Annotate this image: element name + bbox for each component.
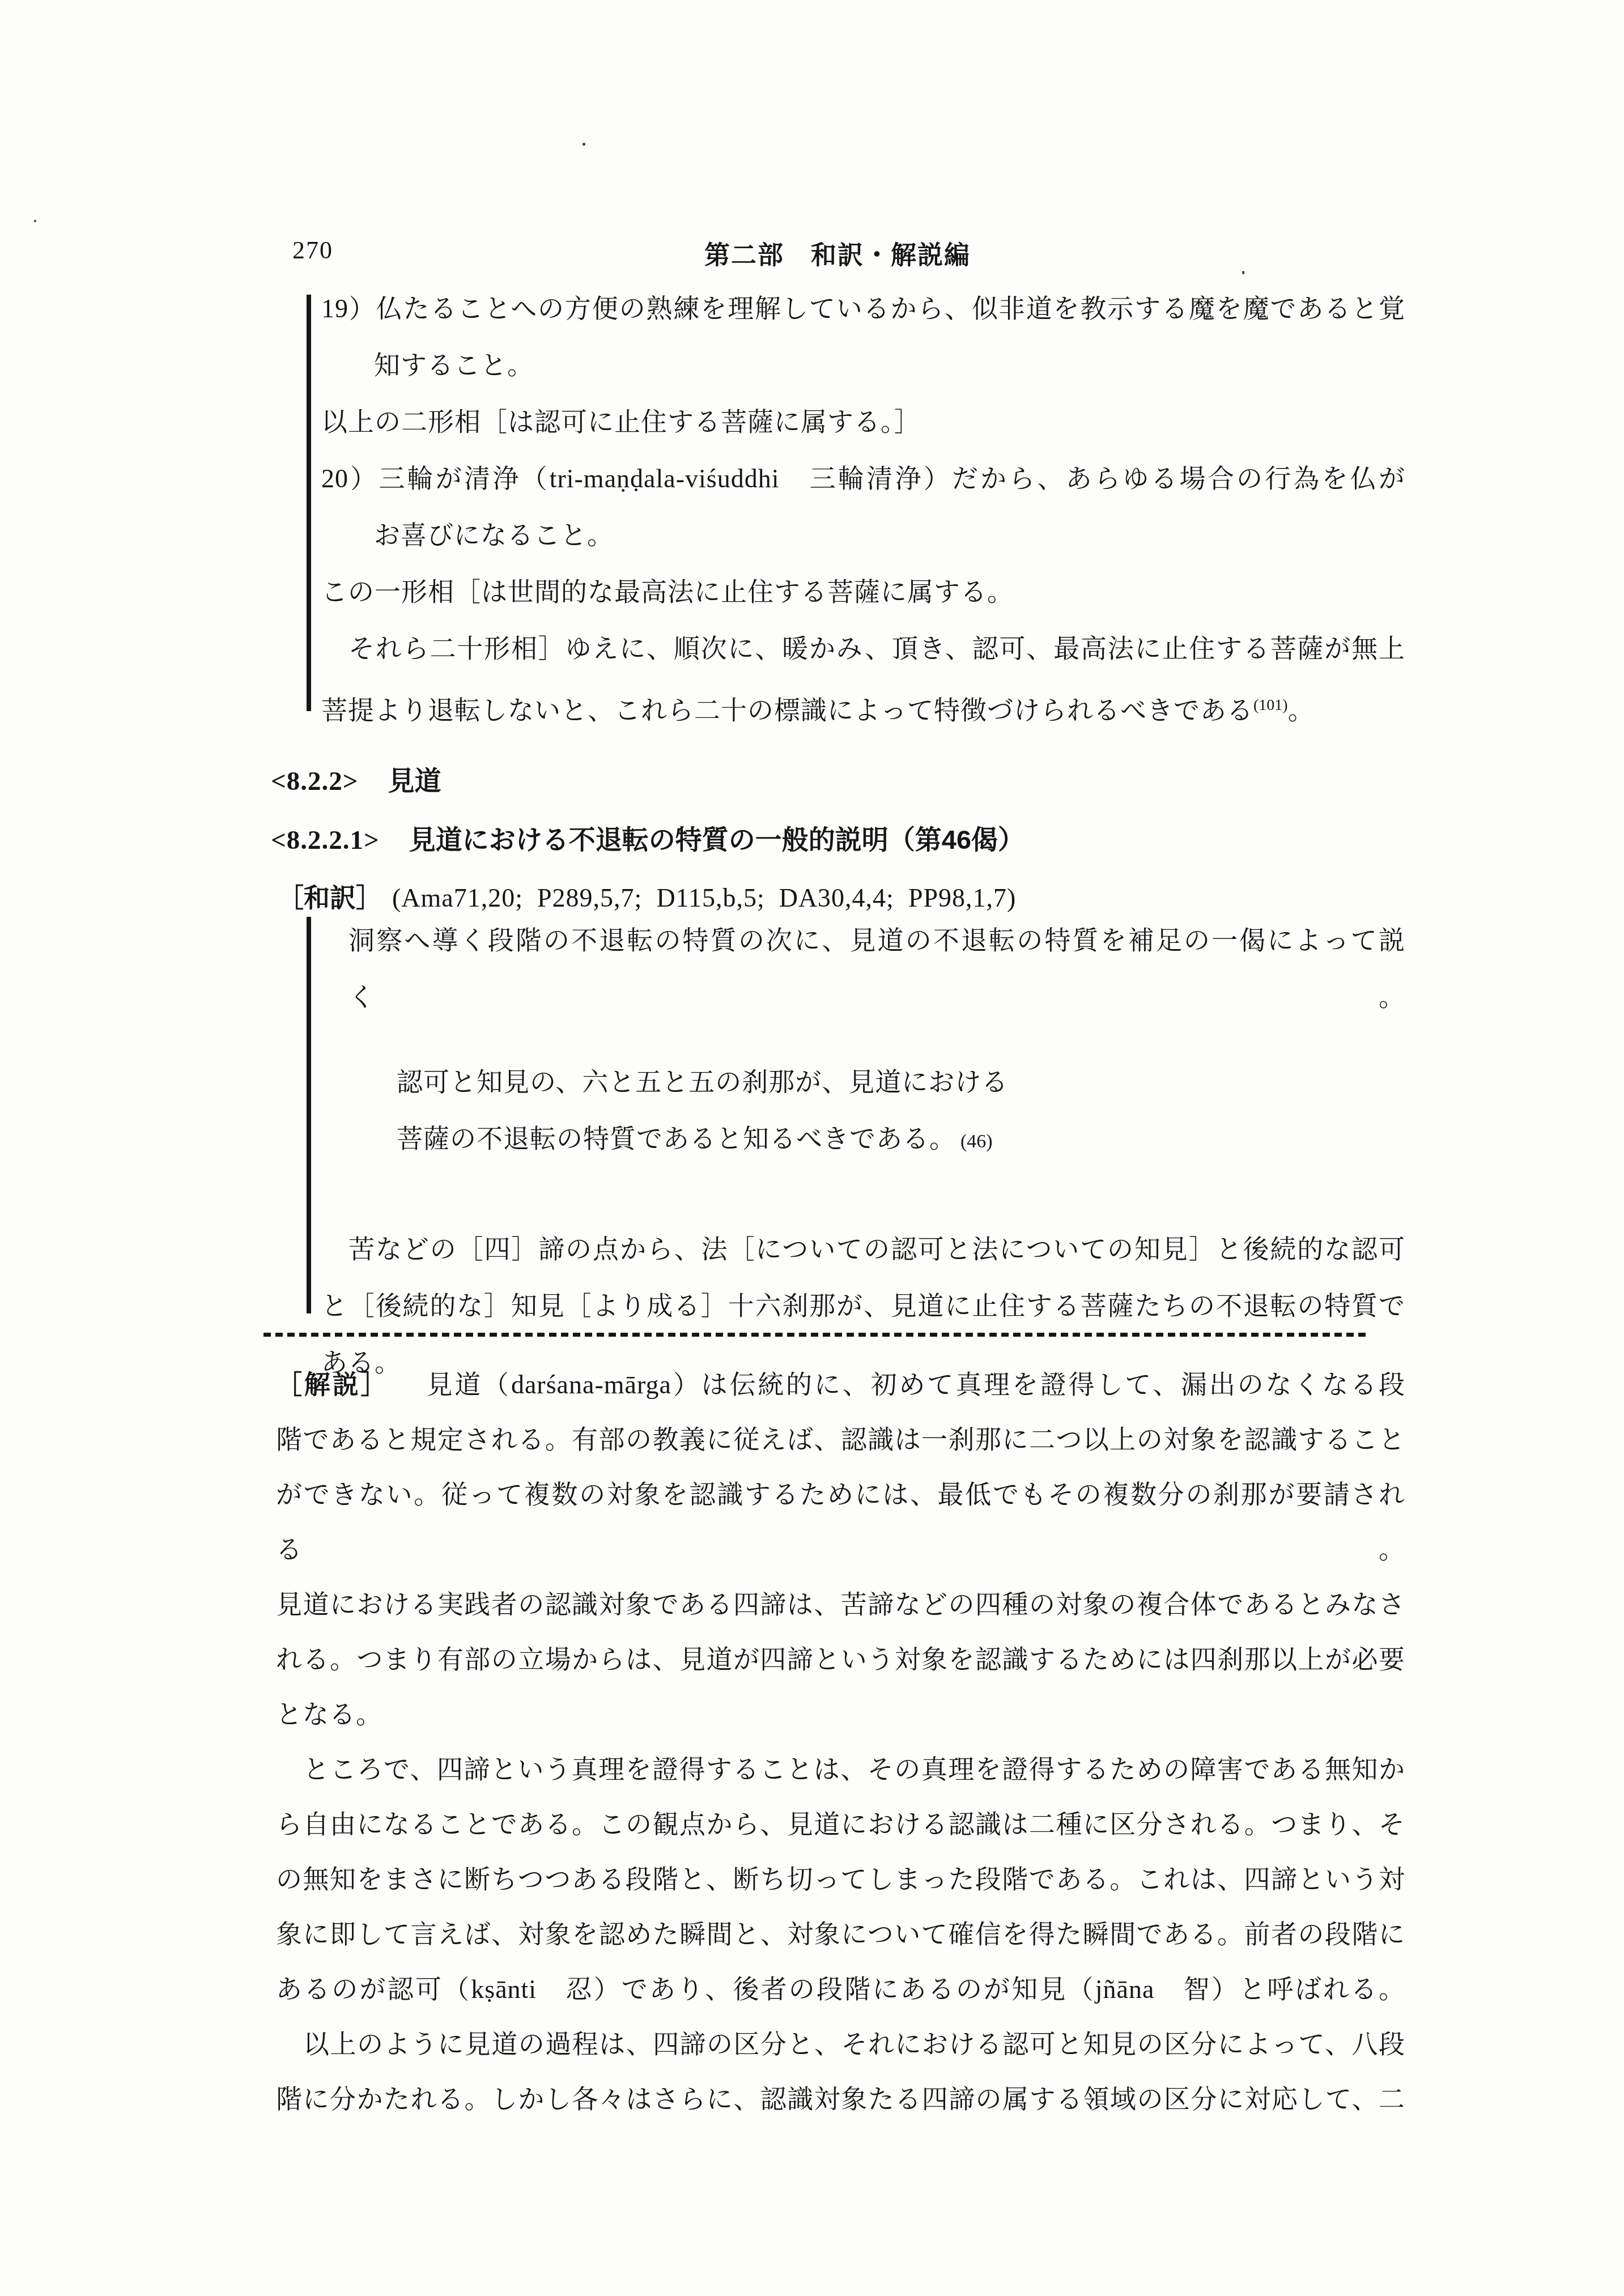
source-references: (Ama71,20; P289,5,7; D115,b,5; DA30,4,4;… (392, 883, 1016, 912)
text-line: それら二十形相］ゆえに、順次に、暖かみ、頂き、認可、最高法に止住する菩薩が無上 (321, 620, 1405, 677)
translation-reference-line: ［和訳］(Ama71,20; P289,5,7; D115,b,5; DA30,… (278, 881, 1016, 915)
text-line: 知すること。 (321, 337, 1405, 394)
text-line: 19）仏たることへの方便の熟練を理解しているから、似非道を教示する魔を魔であると… (321, 280, 1405, 337)
text-line: 菩提より退転しないと、これら二十の標識によって特徴づけられるべきである(101)… (321, 677, 1405, 739)
text-line: 苦などの［四］諦の点から、法［についての認可と法についての知見］と後続的な認可 (321, 1221, 1405, 1278)
text-line: 階に分かたれる。しかし各々はさらに、認識対象たる四諦の属する領域の区分に対応して… (276, 2072, 1405, 2127)
text-line: ら自由になることである。この観点から、見道における認識は二種に区分される。つまり… (276, 1797, 1405, 1852)
verse-46: 認可と知見の、六と五と五の刹那が、見道における菩薩の不退転の特質であると知るべき… (321, 1054, 1405, 1170)
verse-number: (46) (956, 1131, 993, 1152)
dashed-separator (263, 1333, 1366, 1337)
text-line: ところで、四諦という真理を證得することは、その真理を證得するための障害である無知… (276, 1742, 1405, 1797)
section-number: <8.2.2.1> (271, 826, 380, 855)
scan-speck (34, 220, 36, 222)
text-line: 以上のように見道の過程は、四諦の区分と、それにおける認可と知見の区分によって、八… (276, 2017, 1405, 2072)
wayaku-label: ［和訳］ (278, 883, 382, 912)
text-line: ができない。従って複数の対象を認識するためには、最低でもその複数分の刹那が要請さ… (276, 1467, 1405, 1577)
quote-block-items: 19）仏たることへの方便の熟練を理解しているから、似非道を教示する魔を魔であると… (321, 280, 1405, 739)
text-line: となる。 (276, 1687, 1405, 1742)
text-line: 20）三輪が清浄（tri-maṇḍala-viśuddhi 三輪清浄）だから、あ… (321, 450, 1405, 507)
quote-vertical-rule (307, 295, 311, 711)
text-line: 象に即して言えば、対象を認めた瞬間と、対象について確信を得た瞬間である。前者の段… (276, 1907, 1405, 1962)
page-number: 270 (292, 236, 333, 265)
text-line: 階であると規定される。有部の教義に従えば、認識は一刹那に二つ以上の対象を認識する… (276, 1412, 1405, 1467)
running-header-title: 第二部 和訳・解説編 (704, 235, 971, 271)
text-line: 認可と知見の、六と五と五の刹那が、見道における (321, 1054, 1405, 1111)
scan-speck (583, 143, 585, 146)
footnote-reference: (101) (1253, 696, 1288, 714)
section-title: 見道 (388, 766, 441, 796)
commentary-section: ［解説］見道（darśana-mārga）は伝統的に、初めて真理を證得して、漏出… (276, 1357, 1405, 2127)
translation-intro: 洞察へ導く段階の不退転の特質の次に、見道の不退転の特質を補足の一偈によって説く。 (321, 912, 1405, 1026)
section-title: 見道における不退転の特質の一般的説明（第46偈） (409, 824, 1024, 854)
paragraph-label: ［解説］ (276, 1370, 389, 1399)
text-line: れる。つまり有部の立場からは、見道が四諦という対象を認識するためには四刹那以上が… (276, 1632, 1405, 1687)
text-line: ［解説］見道（darśana-mārga）は伝統的に、初めて真理を證得して、漏出… (276, 1357, 1405, 1412)
text-line: 見道における実践者の認識対象である四諦は、苦諦などの四種の対象の複合体であるとみ… (276, 1577, 1405, 1632)
text-line: 以上の二形相［は認可に止住する菩薩に属する。］ (321, 394, 1405, 450)
text-line: お喜びになること。 (321, 507, 1405, 564)
scan-speck (1242, 271, 1244, 274)
text-line: と［後続的な］知見［より成る］十六刹那が、見道に止住する菩薩たちの不退転の特質で (321, 1278, 1405, 1334)
text-line: あるのが認可（kṣānti 忍）であり、後者の段階にあるのが知見（jñāna 智… (276, 1962, 1405, 2017)
scanned-book-page: 270 第二部 和訳・解説編 19）仏たることへの方便の熟練を理解しているから、… (0, 0, 1624, 2296)
text-line: この一形相［は世間的な最高法に止住する菩薩に属する。 (321, 564, 1405, 620)
text-line: 菩薩の不退転の特質であると知るべきである。(46) (321, 1111, 1405, 1170)
section-heading-8-2-2-1: <8.2.2.1>見道における不退転の特質の一般的説明（第46偈） (271, 823, 1024, 857)
quote-vertical-rule (307, 917, 311, 1313)
text-line: の無知をまさに断ちつつある段階と、断ち切ってしまった段階である。これは、四諦とい… (276, 1852, 1405, 1907)
section-number: <8.2.2> (271, 767, 359, 796)
text-line: 洞察へ導く段階の不退転の特質の次に、見道の不退転の特質を補足の一偈によって説く。 (321, 912, 1405, 1026)
section-heading-8-2-2: <8.2.2>見道 (271, 764, 441, 798)
quote-block-translation: 洞察へ導く段階の不退転の特質の次に、見道の不退転の特質を補足の一偈によって説く。… (321, 912, 1405, 1391)
